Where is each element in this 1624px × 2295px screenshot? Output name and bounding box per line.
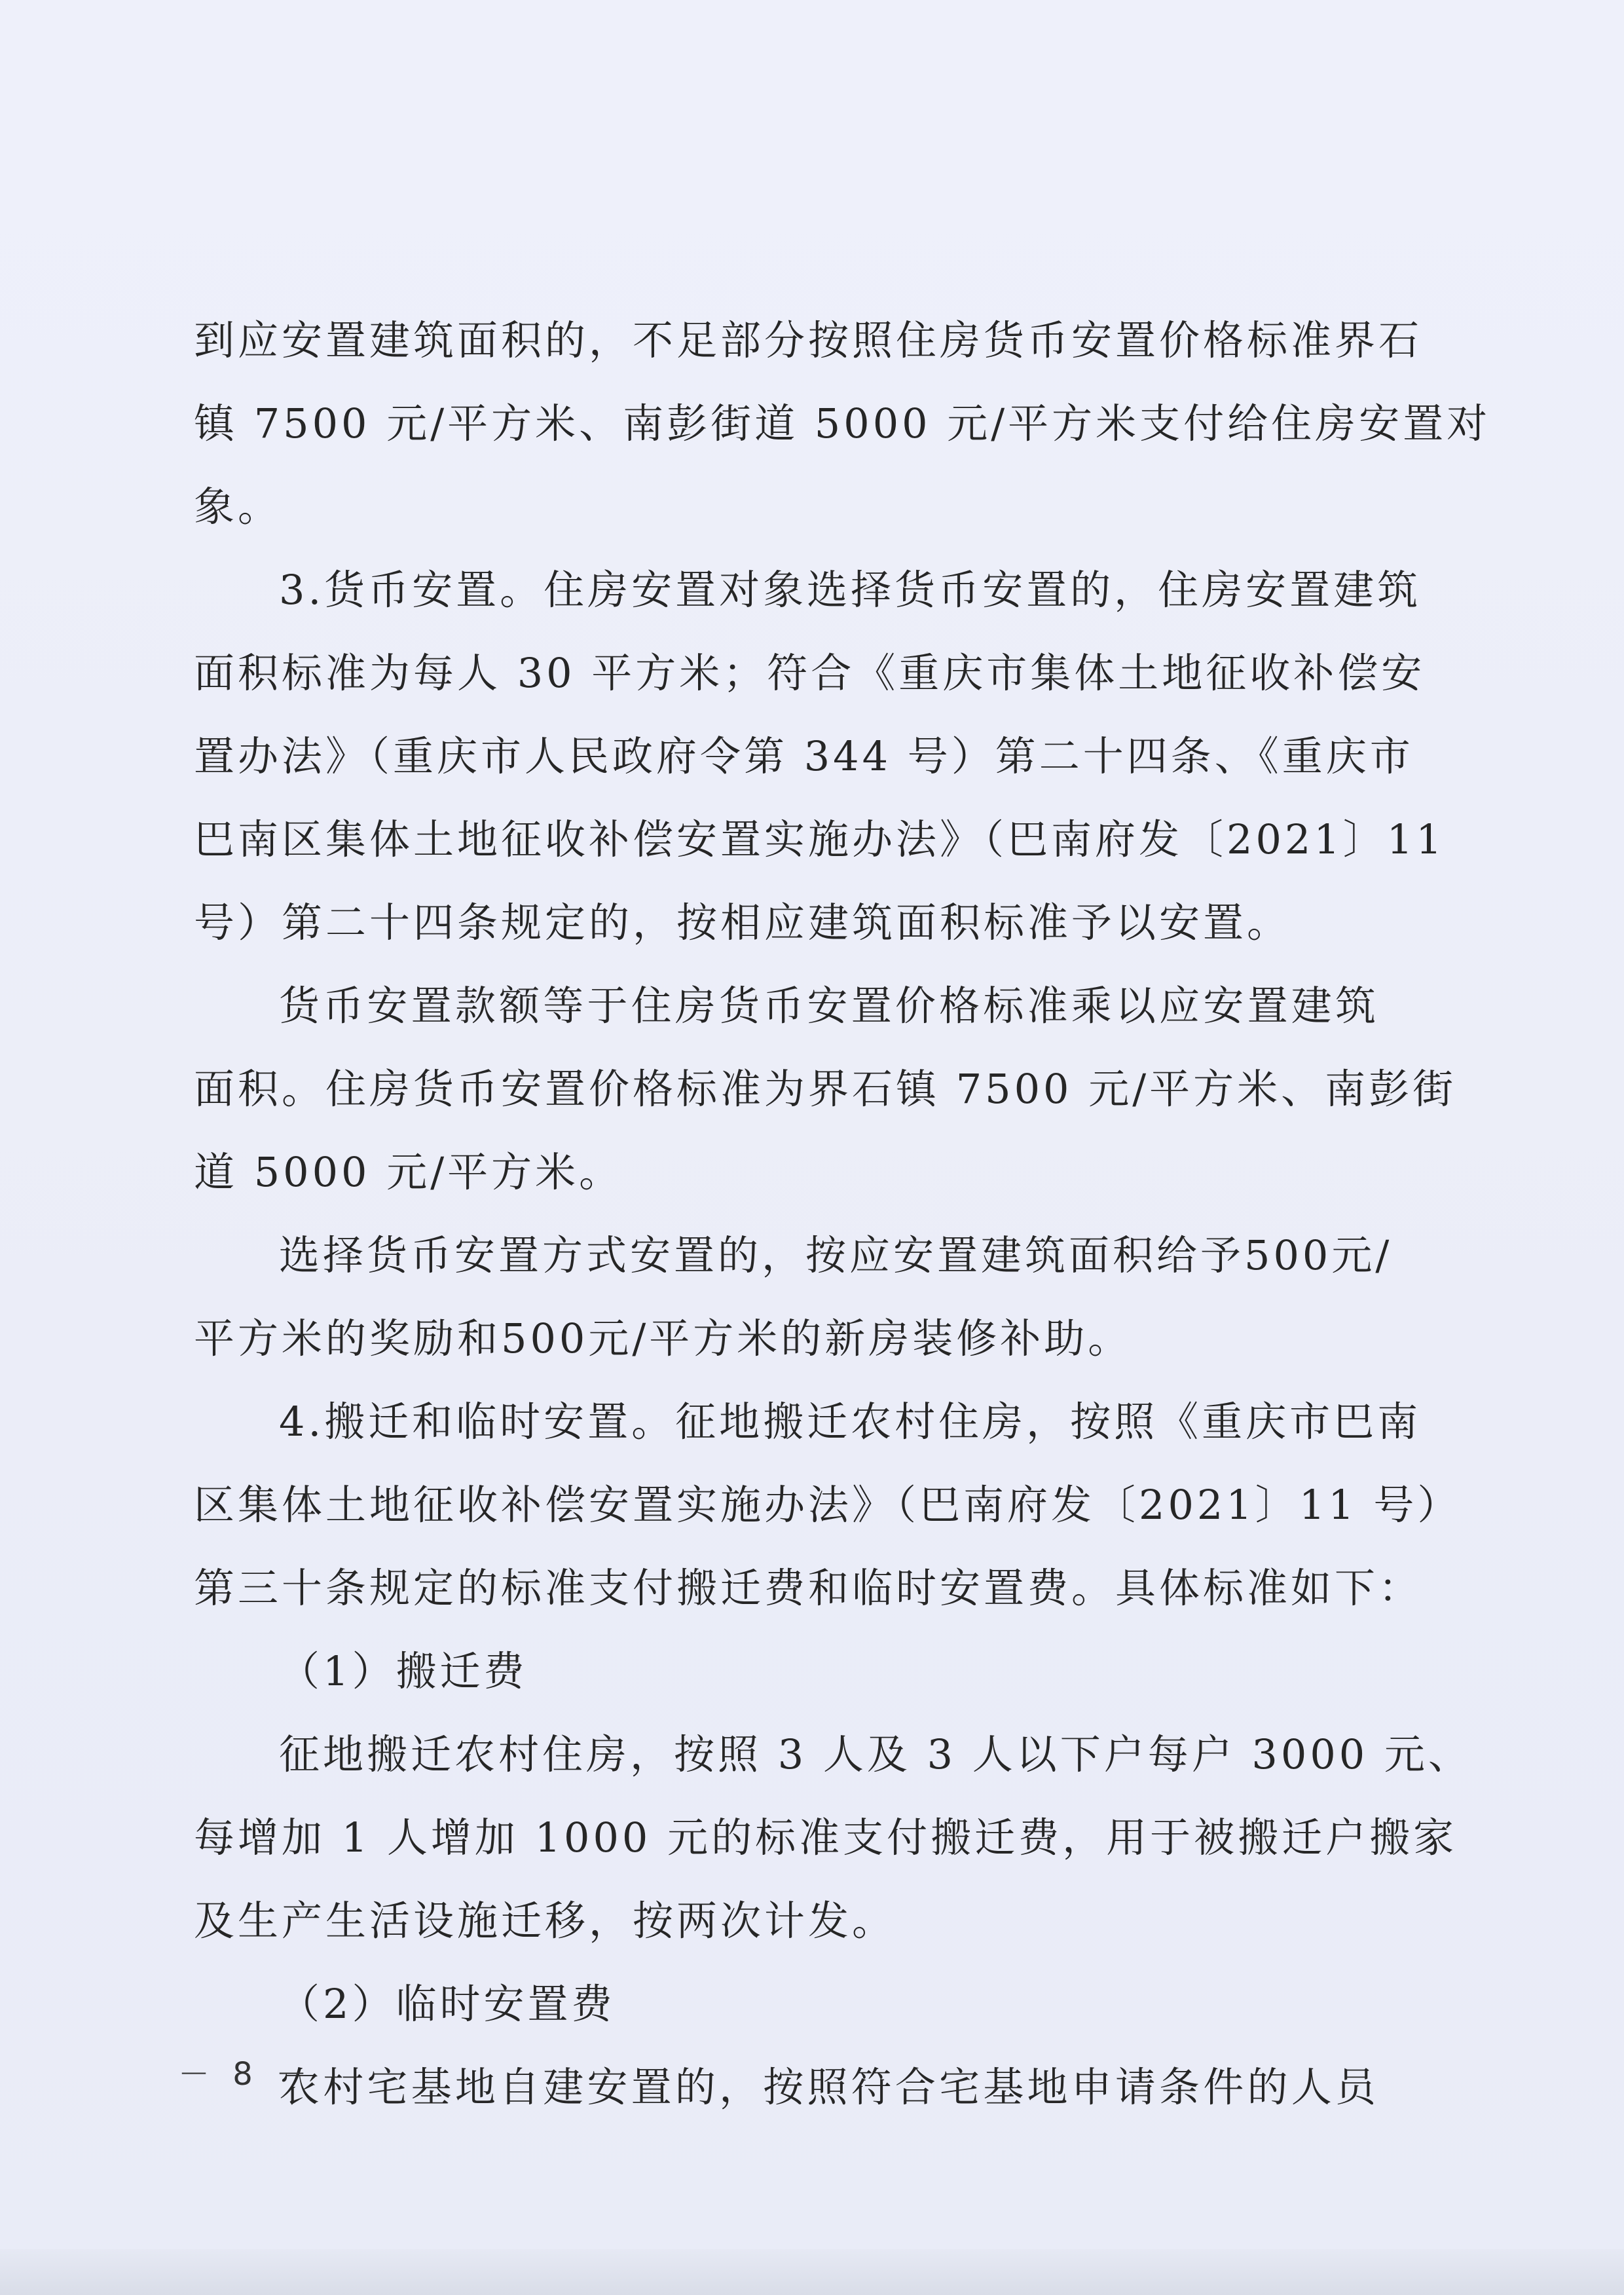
text-line: 置办法》（重庆市人民政府令第 344 号）第二十四条、《重庆市: [194, 715, 1379, 798]
text-line: 平方米的奖励和500元/平方米的新房装修补助。: [194, 1297, 1379, 1380]
paragraph-start: 征地搬迁农村住房，按照 3 人及 3 人以下户每户 3000 元、: [194, 1713, 1379, 1796]
text-line: 每增加 1 人增加 1000 元的标准支付搬迁费，用于被搬迁户搬家: [194, 1796, 1379, 1879]
body-text: 到应安置建筑面积的，不足部分按照住房货币安置价格标准界石 镇 7500 元/平方…: [194, 299, 1379, 2129]
text-line: 镇 7500 元/平方米、南彭街道 5000 元/平方米支付给住房安置对: [194, 382, 1379, 465]
text-line: 面积标准为每人 30 平方米；符合《重庆市集体土地征收补偿安: [194, 631, 1379, 715]
text-line: 及生产生活设施迁移，按两次计发。: [194, 1879, 1379, 1962]
text-line: 号）第二十四条规定的，按相应建筑面积标准予以安置。: [194, 881, 1379, 964]
text-line: 道 5000 元/平方米。: [194, 1130, 1379, 1214]
text-line: 面积。住房货币安置价格标准为界石镇 7500 元/平方米、南彭街: [194, 1047, 1379, 1130]
paragraph-start: 农村宅基地自建安置的，按照符合宅基地申请条件的人员: [194, 2045, 1379, 2129]
section-heading-relocation: 4.搬迁和临时安置。征地搬迁农村住房，按照《重庆市巴南: [194, 1380, 1379, 1463]
page-number: － 8 －: [178, 2049, 314, 2094]
text-line: 区集体土地征收补偿安置实施办法》（巴南府发〔2021〕11 号）: [194, 1463, 1379, 1546]
text-line: 巴南区集体土地征收补偿安置实施办法》（巴南府发〔2021〕11: [194, 798, 1379, 881]
text-line: 象。: [194, 465, 1379, 548]
document-page: 到应安置建筑面积的，不足部分按照住房货币安置价格标准界石 镇 7500 元/平方…: [0, 0, 1624, 2295]
paragraph-start: 选择货币安置方式安置的，按应安置建筑面积给予500元/: [194, 1214, 1379, 1297]
scan-edge: [0, 2249, 1624, 2295]
subheading-temporary-resettlement-fee: （2）临时安置费: [194, 1962, 1379, 2045]
paragraph-start: 货币安置款额等于住房货币安置价格标准乘以应安置建筑: [194, 964, 1379, 1047]
text-line: 第三十条规定的标准支付搬迁费和临时安置费。具体标准如下：: [194, 1546, 1379, 1630]
section-heading-monetary-resettlement: 3.货币安置。住房安置对象选择货币安置的，住房安置建筑: [194, 548, 1379, 631]
subheading-relocation-fee: （1）搬迁费: [194, 1630, 1379, 1713]
text-line: 到应安置建筑面积的，不足部分按照住房货币安置价格标准界石: [194, 299, 1379, 382]
